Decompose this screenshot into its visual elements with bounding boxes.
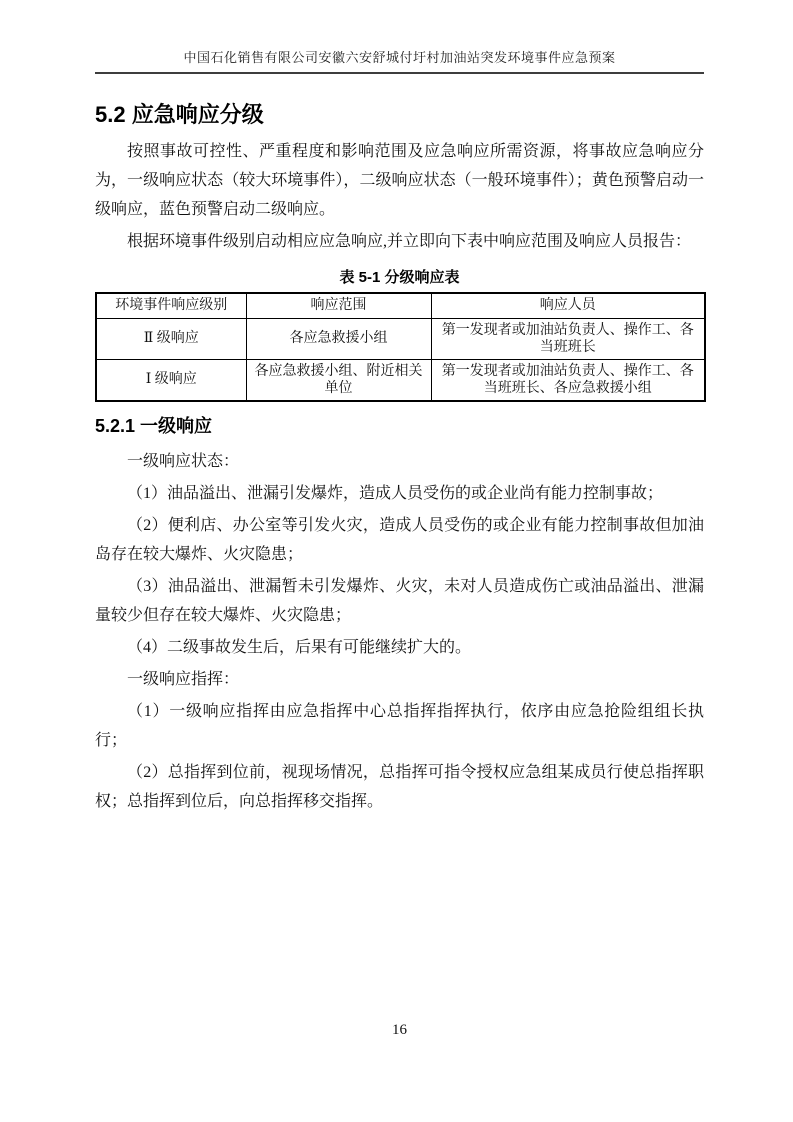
table-cell-scope: 各应急救援小组、附近相关单位	[246, 359, 431, 401]
table-cell-scope: 各应急救援小组	[246, 318, 431, 359]
subsection-heading: 5.2.1 一级响应	[95, 415, 704, 437]
table-cell-personnel: 第一发现者或加油站负责人、操作工、各当班班长	[431, 318, 705, 359]
section-heading: 5.2 应急响应分级	[95, 102, 704, 128]
subsection-paragraph: （2）总指挥到位前，视现场情况，总指挥可指令授权应急组某成员行使总指挥职权；总指…	[95, 758, 704, 816]
table-header-row: 环境事件响应级别 响应范围 响应人员	[96, 293, 705, 318]
document-header-title: 中国石化销售有限公司安徽六安舒城付圩村加油站突发环境事件应急预案	[95, 50, 704, 74]
subsection-paragraph: 一级响应状态：	[95, 447, 704, 476]
section-paragraph: 根据环境事件级别启动相应应急响应,并立即向下表中响应范围及响应人员报告：	[95, 227, 704, 256]
table-header-cell: 响应人员	[431, 293, 705, 318]
subsection-paragraph: （2）便利店、办公室等引发火灾，造成人员受伤的或企业有能力控制事故但加油岛存在较…	[95, 511, 704, 569]
subsection-paragraph: （1）一级响应指挥由应急指挥中心总指挥指挥执行，依序由应急抢险组组长执行；	[95, 697, 704, 755]
subsection-body: 一级响应状态： （1）油品溢出、泄漏引发爆炸，造成人员受伤的或企业尚有能力控制事…	[95, 447, 704, 816]
subsection-paragraph: （3）油品溢出、泄漏暂未引发爆炸、火灾，未对人员造成伤亡或油品溢出、泄漏量较少但…	[95, 572, 704, 630]
table-cell-personnel: 第一发现者或加油站负责人、操作工、各当班班长、各应急救援小组	[431, 359, 705, 401]
subsection-paragraph: （4）二级事故发生后，后果有可能继续扩大的。	[95, 633, 704, 662]
table-row: Ⅰ 级响应 各应急救援小组、附近相关单位 第一发现者或加油站负责人、操作工、各当…	[96, 359, 705, 401]
table-row: Ⅱ 级响应 各应急救援小组 第一发现者或加油站负责人、操作工、各当班班长	[96, 318, 705, 359]
page-content: 中国石化销售有限公司安徽六安舒城付圩村加油站突发环境事件应急预案 5.2 应急响…	[95, 0, 704, 816]
table-cell-level: Ⅱ 级响应	[96, 318, 246, 359]
document-page: 中国石化销售有限公司安徽六安舒城付圩村加油站突发环境事件应急预案 5.2 应急响…	[0, 0, 793, 1122]
table-header-cell: 响应范围	[246, 293, 431, 318]
table-caption: 表 5-1 分级响应表	[95, 268, 704, 288]
subsection-paragraph: 一级响应指挥：	[95, 665, 704, 694]
graded-response-table: 环境事件响应级别 响应范围 响应人员 Ⅱ 级响应 各应急救援小组 第一发现者或加…	[95, 292, 706, 402]
table-cell-level: Ⅰ 级响应	[96, 359, 246, 401]
subsection-paragraph: （1）油品溢出、泄漏引发爆炸，造成人员受伤的或企业尚有能力控制事故；	[95, 479, 704, 508]
page-number: 16	[95, 1022, 704, 1039]
table-header-cell: 环境事件响应级别	[96, 293, 246, 318]
section-paragraph: 按照事故可控性、严重程度和影响范围及应急响应所需资源，将事故应急响应分为，一级响…	[95, 137, 704, 224]
